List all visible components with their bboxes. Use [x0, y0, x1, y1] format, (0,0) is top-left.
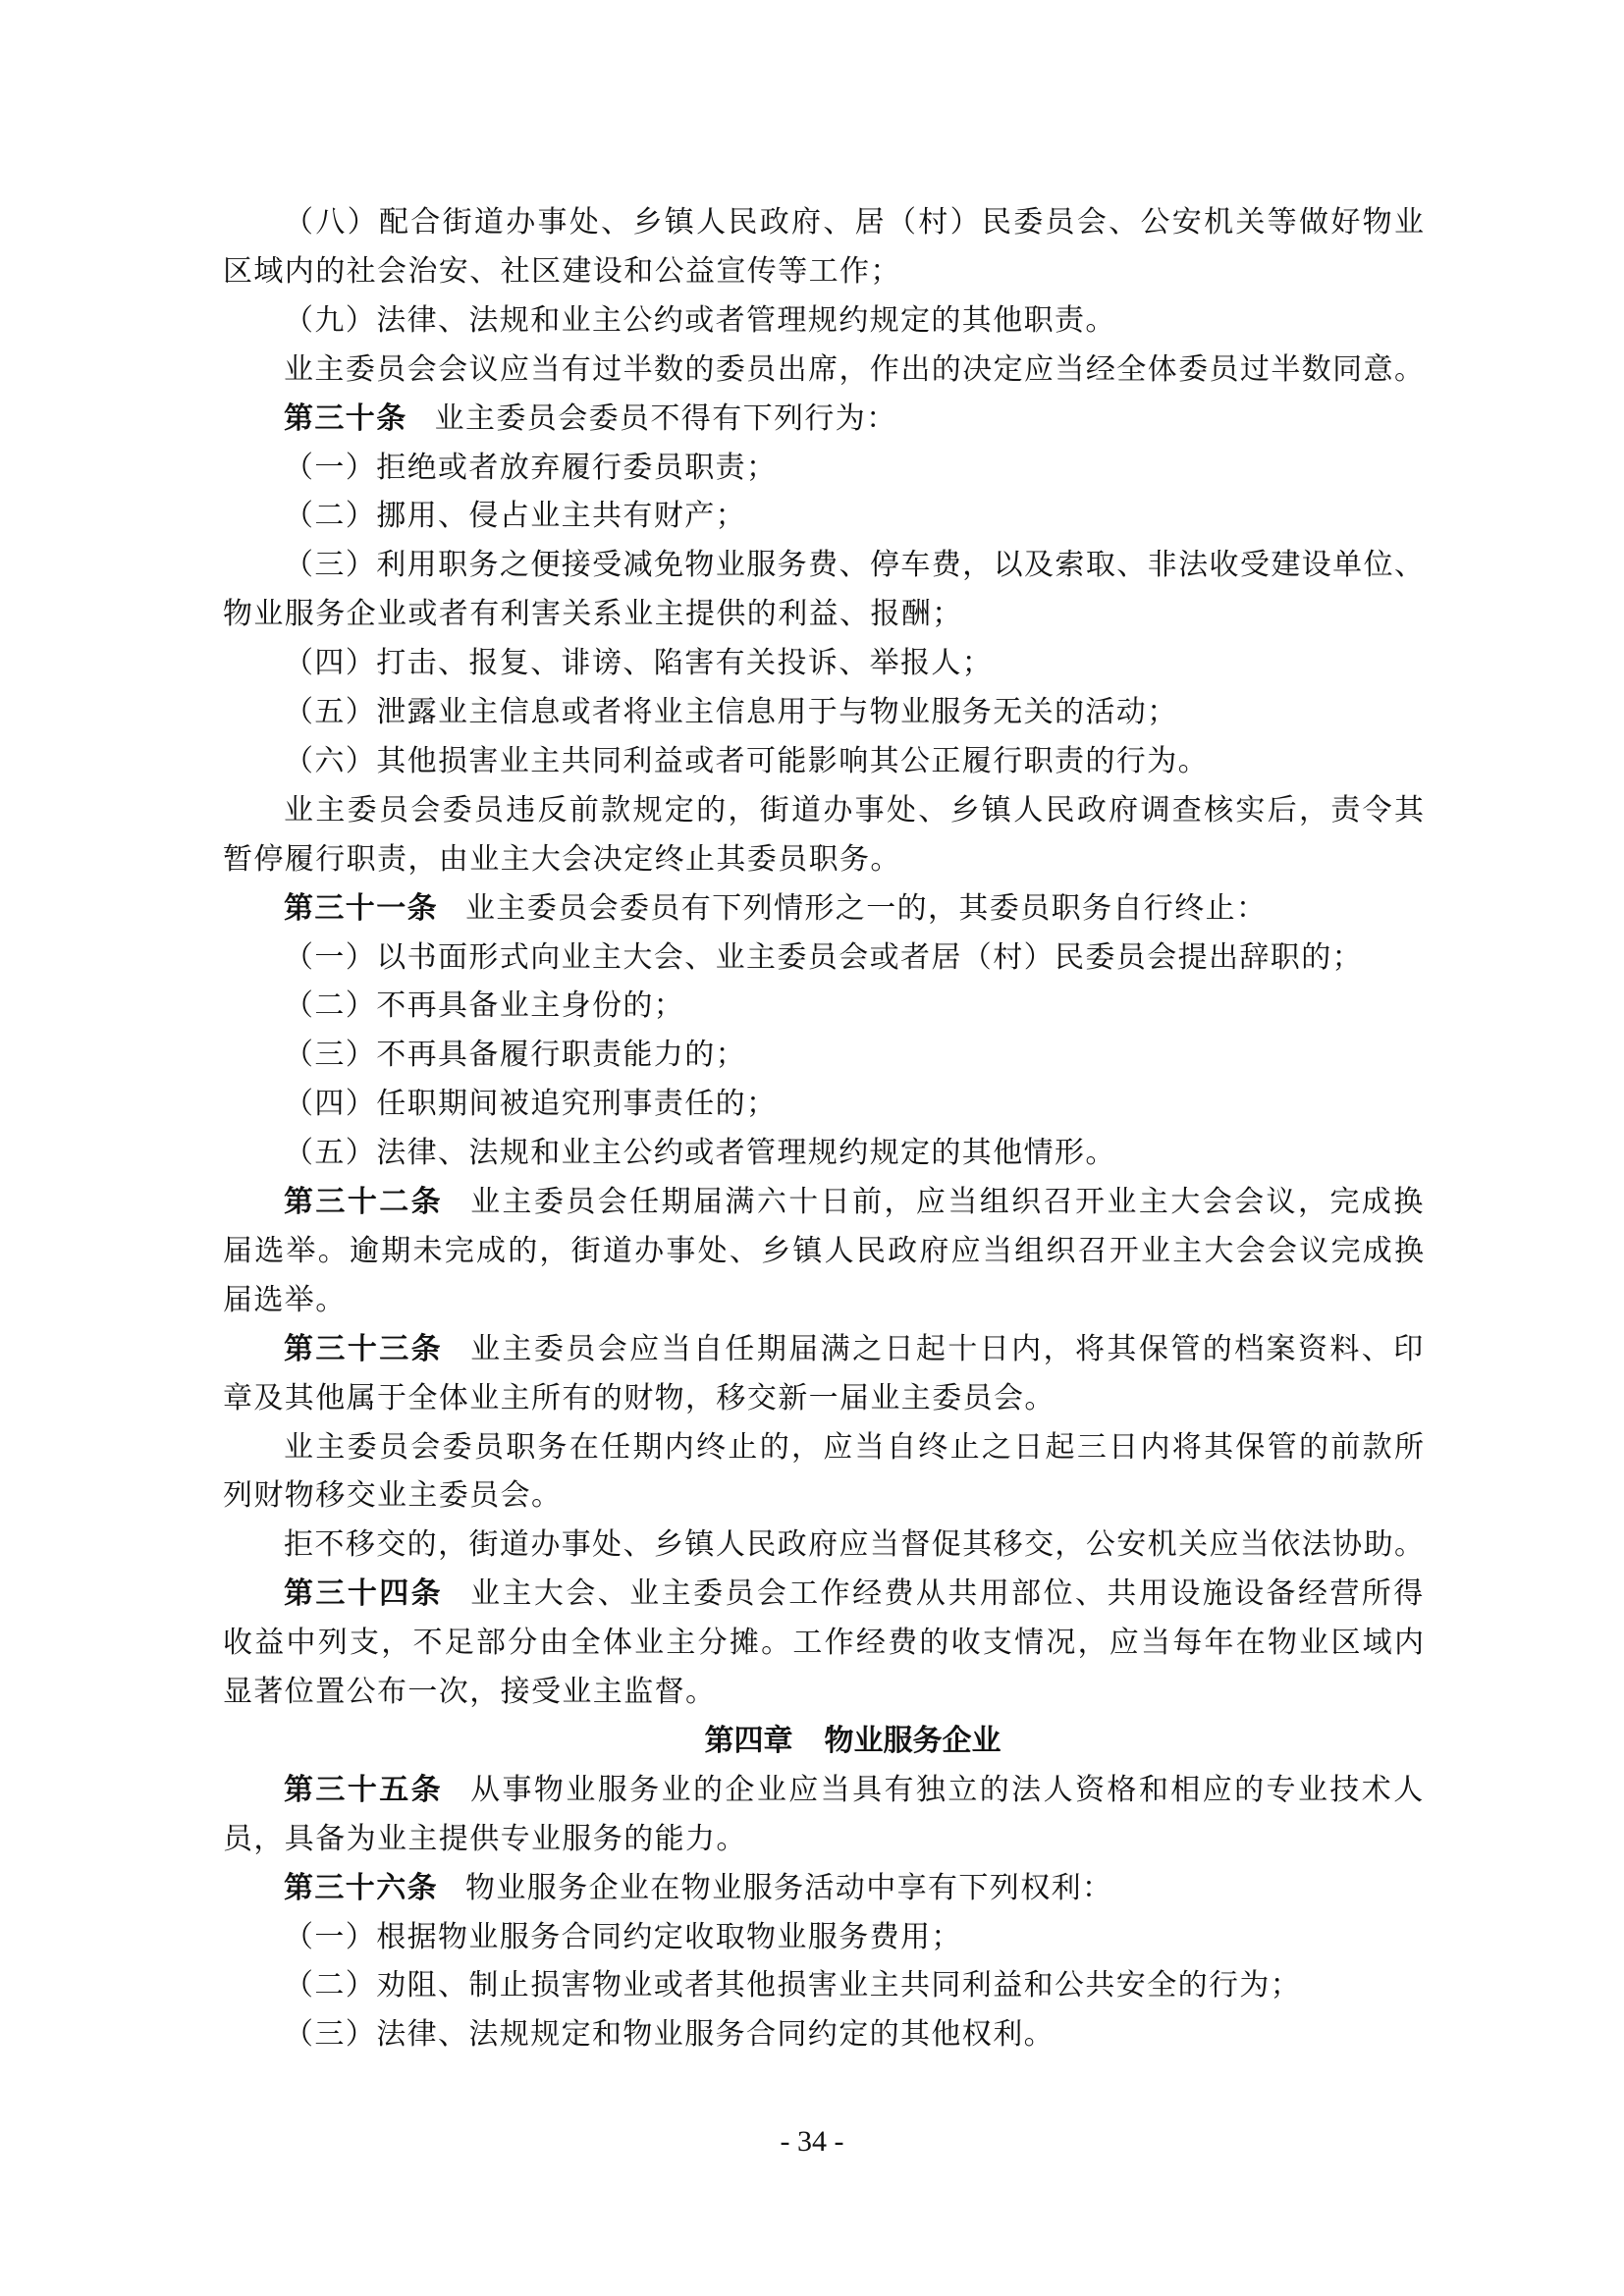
- line-text: 业主委员会任期届满六十日前，应当组织召开业主大会会议，完成换: [470, 1185, 1424, 1219]
- line-text: （二）挪用、侵占业主共有财产；: [284, 499, 746, 533]
- line-text: 章及其他属于全体业主所有的财物，移交新一届业主委员会。: [223, 1381, 1056, 1415]
- text-line: 显著位置公布一次，接受业主监督。: [223, 1668, 1424, 1717]
- text-line: （五）法律、法规和业主公约或者管理规约规定的其他情形。: [223, 1129, 1424, 1178]
- text-line: （二）不再具备业主身份的；: [223, 982, 1424, 1031]
- document-page: （八）配合街道办事处、乡镇人民政府、居（村）民委员会、公安机关等做好物业区域内的…: [0, 0, 1624, 2296]
- line-text: 业主委员会委员不得有下列行为：: [435, 401, 897, 436]
- line-text: 业主委员会会议应当有过半数的委员出席，作出的决定应当经全体委员过半数同意。: [284, 352, 1424, 387]
- article-line: 第三十二条业主委员会任期届满六十日前，应当组织召开业主大会会议，完成换: [223, 1178, 1424, 1227]
- line-text: 列财物移交业主委员会。: [223, 1478, 562, 1513]
- text-line: 区域内的社会治安、社区建设和公益宣传等工作；: [223, 247, 1424, 296]
- line-text: （四）打击、报复、诽谤、陷害有关投诉、举报人；: [284, 646, 993, 680]
- line-text: （一）以书面形式向业主大会、业主委员会或者居（村）民委员会提出辞职的；: [284, 940, 1363, 975]
- text-line: 拒不移交的，街道办事处、乡镇人民政府应当督促其移交，公安机关应当依法协助。: [223, 1521, 1424, 1570]
- line-text: 拒不移交的，街道办事处、乡镇人民政府应当督促其移交，公安机关应当依法协助。: [284, 1527, 1424, 1562]
- text-line: 物业服务企业或者有利害关系业主提供的利益、报酬；: [223, 590, 1424, 639]
- line-text: （八）配合街道办事处、乡镇人民政府、居（村）民委员会、公安机关等做好物业: [284, 205, 1424, 240]
- line-text: （四）任职期间被追究刑事责任的；: [284, 1087, 777, 1121]
- article-line: 第三十三条业主委员会应当自任期届满之日起十日内，将其保管的档案资料、印: [223, 1325, 1424, 1374]
- line-text: 物业服务企业在物业服务活动中享有下列权利：: [465, 1871, 1112, 1905]
- page-number: - 34 -: [0, 2125, 1624, 2159]
- text-line: （五）泄露业主信息或者将业主信息用于与物业服务无关的活动；: [223, 688, 1424, 737]
- article-heading: 第三十一条: [284, 891, 438, 926]
- line-text: 暂停履行职责，由业主大会决定终止其委员职务。: [223, 842, 901, 877]
- text-line: （四）任职期间被追究刑事责任的；: [223, 1080, 1424, 1129]
- text-line: 业主委员会委员职务在任期内终止的，应当自终止之日起三日内将其保管的前款所: [223, 1423, 1424, 1472]
- text-line: （二）挪用、侵占业主共有财产；: [223, 492, 1424, 541]
- text-line: （九）法律、法规和业主公约或者管理规约规定的其他职责。: [223, 296, 1424, 346]
- text-line: 届选举。逾期未完成的，街道办事处、乡镇人民政府应当组织召开业主大会会议完成换: [223, 1227, 1424, 1276]
- text-line: 届选举。: [223, 1276, 1424, 1325]
- article-line: 第三十条业主委员会委员不得有下列行为：: [223, 395, 1424, 444]
- text-line: （一）以书面形式向业主大会、业主委员会或者居（村）民委员会提出辞职的；: [223, 934, 1424, 983]
- text-line: （四）打击、报复、诽谤、陷害有关投诉、举报人；: [223, 639, 1424, 688]
- text-line: （一）根据物业服务合同约定收取物业服务费用；: [223, 1913, 1424, 1962]
- line-text: 物业服务企业或者有利害关系业主提供的利益、报酬；: [223, 597, 963, 631]
- article-heading: 第三十五条: [284, 1773, 443, 1807]
- text-line: 业主委员会委员违反前款规定的，街道办事处、乡镇人民政府调查核实后，责令其: [223, 786, 1424, 835]
- line-text: （三）利用职务之便接受减免物业服务费、停车费，以及索取、非法收受建设单位、: [284, 548, 1424, 582]
- line-text: 届选举。逾期未完成的，街道办事处、乡镇人民政府应当组织召开业主大会会议完成换: [223, 1234, 1424, 1268]
- line-text: 业主委员会委员违反前款规定的，街道办事处、乡镇人民政府调查核实后，责令其: [284, 793, 1424, 828]
- text-line: 业主委员会会议应当有过半数的委员出席，作出的决定应当经全体委员过半数同意。: [223, 346, 1424, 395]
- article-line: 第三十五条从事物业服务业的企业应当具有独立的法人资格和相应的专业技术人: [223, 1766, 1424, 1815]
- line-text: 业主委员会应当自任期届满之日起十日内，将其保管的档案资料、印: [470, 1332, 1424, 1366]
- chapter-number: 第四章: [705, 1724, 793, 1758]
- text-line: 章及其他属于全体业主所有的财物，移交新一届业主委员会。: [223, 1374, 1424, 1423]
- line-text: （三）法律、法规规定和物业服务合同约定的其他权利。: [284, 2017, 1055, 2052]
- article-line: 第三十四条业主大会、业主委员会工作经费从共用部位、共用设施设备经营所得: [223, 1570, 1424, 1619]
- line-text: （五）法律、法规和业主公约或者管理规约规定的其他情形。: [284, 1136, 1116, 1170]
- text-line: （一）拒绝或者放弃履行委员职责；: [223, 444, 1424, 493]
- article-line: 第三十六条物业服务企业在物业服务活动中享有下列权利：: [223, 1864, 1424, 1913]
- line-text: 区域内的社会治安、社区建设和公益宣传等工作；: [223, 254, 901, 289]
- text-line: 暂停履行职责，由业主大会决定终止其委员职务。: [223, 835, 1424, 884]
- line-text: 业主委员会委员有下列情形之一的，其委员职务自行终止：: [465, 891, 1267, 926]
- text-line: （三）法律、法规规定和物业服务合同约定的其他权利。: [223, 2010, 1424, 2059]
- article-line: 第三十一条业主委员会委员有下列情形之一的，其委员职务自行终止：: [223, 884, 1424, 934]
- chapter-heading: 第四章物业服务企业: [223, 1717, 1424, 1766]
- article-heading: 第三十条: [284, 401, 407, 436]
- text-line: （三）不再具备履行职责能力的；: [223, 1031, 1424, 1080]
- chapter-title: 物业服务企业: [825, 1724, 1001, 1758]
- line-text: 员，具备为业主提供专业服务的能力。: [223, 1822, 747, 1856]
- line-text: （一）根据物业服务合同约定收取物业服务费用；: [284, 1920, 962, 1954]
- text-line: 列财物移交业主委员会。: [223, 1471, 1424, 1521]
- text-line: 员，具备为业主提供专业服务的能力。: [223, 1815, 1424, 1864]
- article-heading: 第三十三条: [284, 1332, 443, 1366]
- line-text: （五）泄露业主信息或者将业主信息用于与物业服务无关的活动；: [284, 695, 1178, 729]
- text-line: 收益中列支，不足部分由全体业主分摊。工作经费的收支情况，应当每年在物业区域内: [223, 1619, 1424, 1668]
- line-text: （二）不再具备业主身份的；: [284, 988, 684, 1023]
- line-text: 显著位置公布一次，接受业主监督。: [223, 1675, 716, 1709]
- line-text: 业主委员会委员职务在任期内终止的，应当自终止之日起三日内将其保管的前款所: [284, 1430, 1424, 1465]
- line-text: （一）拒绝或者放弃履行委员职责；: [284, 451, 777, 485]
- line-text: 收益中列支，不足部分由全体业主分摊。工作经费的收支情况，应当每年在物业区域内: [223, 1626, 1424, 1660]
- line-text: 届选举。: [223, 1283, 347, 1317]
- text-line: （二）劝阻、制止损害物业或者其他损害业主共同利益和公共安全的行为；: [223, 1961, 1424, 2010]
- line-text: 从事物业服务业的企业应当具有独立的法人资格和相应的专业技术人: [470, 1773, 1424, 1807]
- line-text: （九）法律、法规和业主公约或者管理规约规定的其他职责。: [284, 303, 1116, 338]
- article-heading: 第三十二条: [284, 1185, 443, 1219]
- line-text: 业主大会、业主委员会工作经费从共用部位、共用设施设备经营所得: [470, 1576, 1424, 1611]
- article-heading: 第三十六条: [284, 1871, 438, 1905]
- text-line: （八）配合街道办事处、乡镇人民政府、居（村）民委员会、公安机关等做好物业: [223, 198, 1424, 247]
- text-line: （三）利用职务之便接受减免物业服务费、停车费，以及索取、非法收受建设单位、: [223, 541, 1424, 590]
- line-text: （六）其他损害业主共同利益或者可能影响其公正履行职责的行为。: [284, 744, 1209, 778]
- line-text: （二）劝阻、制止损害物业或者其他损害业主共同利益和公共安全的行为；: [284, 1968, 1301, 2002]
- text-line: （六）其他损害业主共同利益或者可能影响其公正履行职责的行为。: [223, 737, 1424, 786]
- article-heading: 第三十四条: [284, 1576, 443, 1611]
- line-text: （三）不再具备履行职责能力的；: [284, 1038, 746, 1072]
